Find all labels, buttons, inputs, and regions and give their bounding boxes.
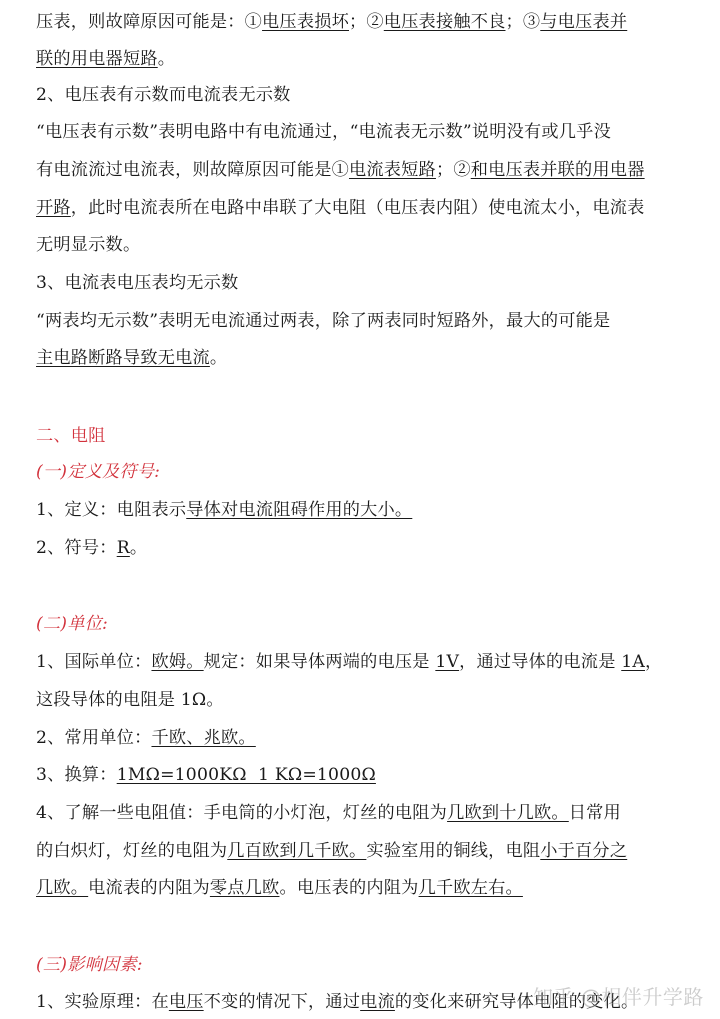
text-segment: 。 [130,538,147,558]
text-segment: 3、电流表电压表均无示数 [36,273,238,293]
underlined-text: 欧姆。 [151,652,203,672]
underlined-text: 几千欧左右。 [419,878,523,898]
text-line: 压表，则故障原因可能是：①电压表损坏；②电压表接触不良；③与电压表并 [36,10,627,34]
text-segment: 3、换算： [36,765,117,785]
text-segment: ；② [349,12,384,32]
underlined-text: 小于百分之 [540,841,627,861]
text-segment: ， [645,652,662,672]
subsection-heading-text: (一)定义及符号: [36,462,160,482]
text-segment: 日常用 [569,803,621,823]
subheading-voltmeter-reading-no-ammeter: 2、电压表有示数而电流表无示数 [36,83,291,107]
text-line: 无明显示数。 [36,233,140,257]
text-segment: 规定：如果导体两端的电压是 [204,652,436,672]
text-segment: 电流表的内阻为 [88,878,210,898]
underlined-text: 1A [621,652,645,672]
text-segment: 无明显示数。 [36,235,140,255]
underlined-text: 和电压表并联的用电器 [471,160,645,180]
text-segment: 2、电压表有示数而电流表无示数 [36,85,291,105]
text-segment: 实验室用的铜线，电阻 [366,841,540,861]
underlined-text: 零点几欧 [210,878,280,898]
subsection-heading-definition: (一)定义及符号: [36,460,160,484]
underlined-text: 电压 [169,992,204,1012]
section-title: 二、电阻 [36,424,106,448]
underlined-text: 几欧到十几欧。 [447,803,569,823]
watermark: 知乎 @相伴升学路 [533,981,704,1010]
subsection-heading-text: (二)单位: [36,614,108,634]
resistance-values-item: 4、了解一些电阻值：手电筒的小灯泡，灯丝的电阻为几欧到十几欧。日常用 [36,801,621,825]
subsection-heading-text: (三)影响因素: [36,955,143,975]
text-line: 主电路断路导致无电流。 [36,346,227,370]
text-segment: 1、实验原理：在 [36,992,169,1012]
text-segment: ；③ [506,12,541,32]
underlined-text: R [117,538,130,558]
text-segment: ；② [436,160,471,180]
underlined-text: 电压表损坏 [262,12,349,32]
underlined-text: 几欧。 [36,878,88,898]
text-line: 联的用电器短路。 [36,47,175,71]
underlined-text: 与电压表并 [540,12,627,32]
text-segment: 2、符号： [36,538,117,558]
text-segment: “两表均无示数”表明无电流通过两表，除了两表同时短路外，最大的可能是 [36,311,610,331]
conversion-item: 3、换算：1MΩ=1000KΩ 1 KΩ=1000Ω [36,763,376,787]
underlined-text: 千欧、兆欧。 [151,728,255,748]
text-line: 开路，此时电流表所在电路中串联了大电阻（电压表内阻）使电流太小，电流表 [36,196,645,220]
text-line: “电压表有示数”表明电路中有电流通过，“电流表无示数”说明没有或几乎没 [36,120,611,144]
text-segment: 有电流流过电流表，则故障原因可能是① [36,160,349,180]
subsection-heading-factors: (三)影响因素: [36,953,143,977]
underlined-text: 导体对电流阻碍作用的大小。 [186,500,412,520]
text-segment: 1、定义：电阻表示 [36,500,186,520]
text-segment: 。 [210,348,227,368]
text-segment: ，此时电流表所在电路中串联了大电阻（电压表内阻）使电流太小，电流表 [71,198,645,218]
underlined-text: 主电路断路导致无电流 [36,348,210,368]
text-segment: 不变的情况下，通过 [204,992,361,1012]
text-segment: 4、了解一些电阻值：手电筒的小灯泡，灯丝的电阻为 [36,803,447,823]
text-segment: ，通过导体的电流是 [459,652,621,672]
text-segment: 1、国际单位： [36,652,151,672]
section-title-text: 二、电阻 [36,426,106,446]
text-line: 几欧。电流表的内阻为零点几欧。电压表的内阻为几千欧左右。 [36,876,523,900]
si-unit-item: 1、国际单位：欧姆。规定：如果导体两端的电压是 1V，通过导体的电流是 1A， [36,650,662,674]
text-line: 的白炽灯，灯丝的电阻为几百欧到几千欧。实验室用的铜线，电阻小于百分之 [36,839,627,863]
subheading-both-meters-no-reading: 3、电流表电压表均无示数 [36,271,238,295]
underlined-text: 1MΩ=1000KΩ 1 KΩ=1000Ω [117,765,376,785]
definition-item: 1、定义：电阻表示导体对电流阻碍作用的大小。 [36,498,412,522]
text-line: “两表均无示数”表明无电流通过两表，除了两表同时短路外，最大的可能是 [36,309,610,333]
text-segment: 。电压表的内阻为 [279,878,418,898]
text-line: 有电流流过电流表，则故障原因可能是①电流表短路；②和电压表并联的用电器 [36,158,645,182]
text-segment: 。 [158,49,175,69]
underlined-text: 开路 [36,198,71,218]
text-segment: 2、常用单位： [36,728,151,748]
text-line: 这段导体的电阻是 1Ω。 [36,688,224,712]
underlined-text: 几百欧到几千欧。 [227,841,366,861]
underlined-text: 电流表短路 [349,160,436,180]
underlined-text: 电压表接触不良 [384,12,506,32]
text-segment: 压表，则故障原因可能是：① [36,12,262,32]
common-units-item: 2、常用单位：千欧、兆欧。 [36,726,256,750]
text-segment: “电压表有示数”表明电路中有电流通过，“电流表无示数”说明没有或几乎没 [36,122,611,142]
text-segment: 的白炽灯，灯丝的电阻为 [36,841,227,861]
subsection-heading-unit: (二)单位: [36,612,108,636]
underlined-text: 1V [435,652,459,672]
underlined-text: 电流 [360,992,395,1012]
symbol-item: 2、符号：R。 [36,536,147,560]
text-segment: 这段导体的电阻是 1Ω。 [36,690,224,710]
underlined-text: 联的用电器短路 [36,49,158,69]
